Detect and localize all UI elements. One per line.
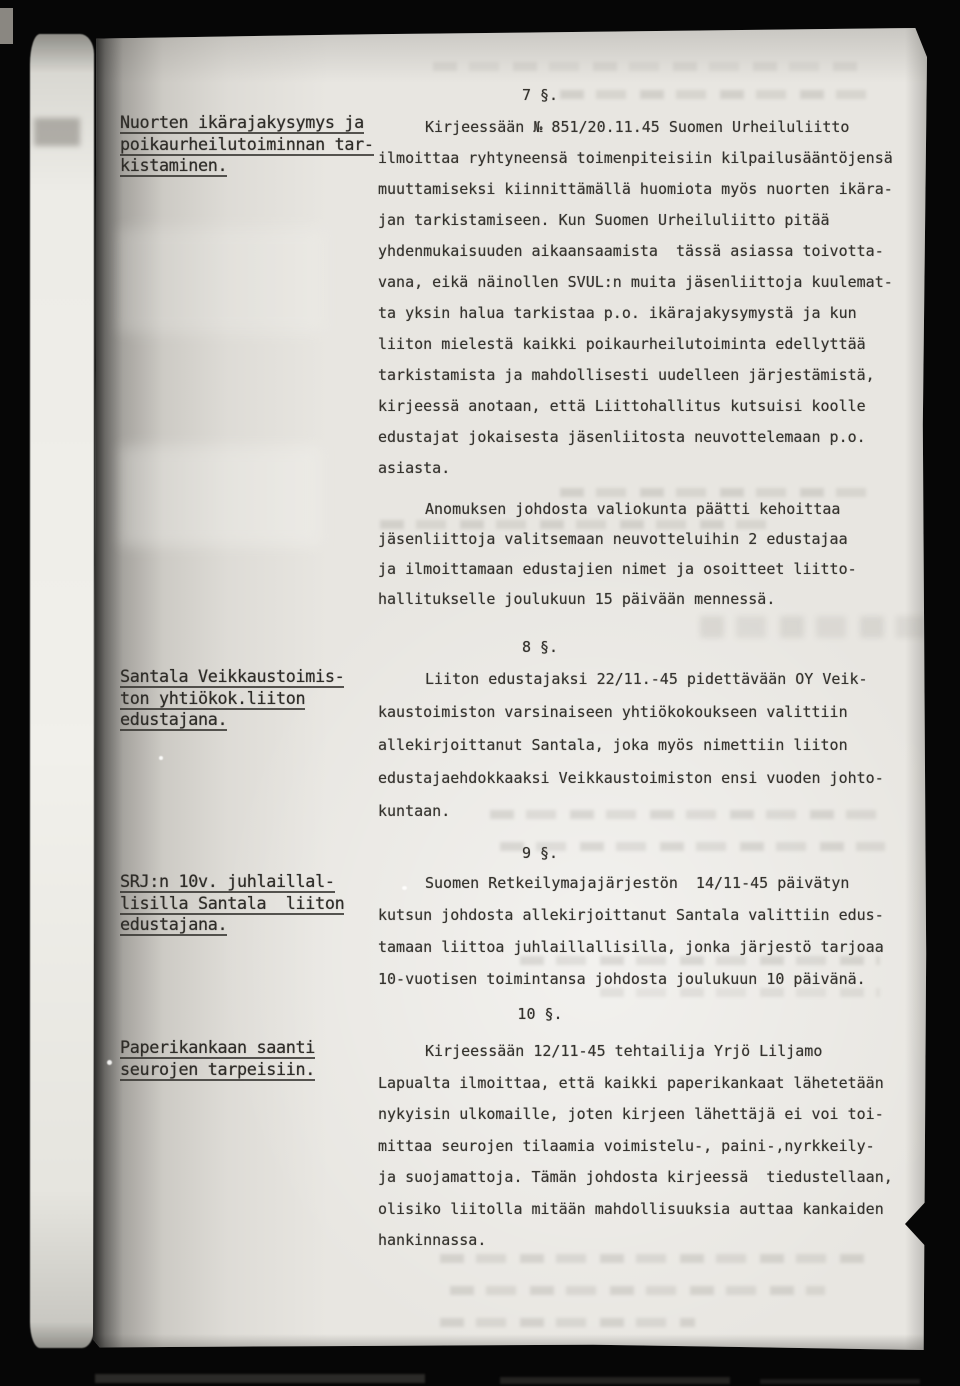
body-line: ta yksin halua tarkistaa p.o. ikärajakys… bbox=[378, 298, 918, 329]
body-line: Suomen Retkeilymajajärjestön 14/11-45 pä… bbox=[378, 867, 918, 899]
margin-note-line: poikaurheilutoiminnan tar- bbox=[120, 134, 374, 156]
body-line: kirjeessä anotaan, että Liittohallitus k… bbox=[378, 391, 918, 422]
section-8-heading: 8 §. bbox=[475, 637, 605, 657]
margin-note-line: kistaminen. bbox=[120, 155, 227, 177]
margin-note-line: ton yhtiökok.liiton bbox=[120, 688, 305, 710]
margin-note-line: Paperikankaan saanti bbox=[120, 1037, 315, 1059]
scan-bottom-sliver bbox=[95, 1374, 425, 1383]
body-line: Kirjeessään 12/11-45 tehtailija Yrjö Lil… bbox=[378, 1036, 918, 1068]
scan-corner-chip bbox=[0, 8, 13, 44]
section-7-margin-note: Nuorten ikärajakysymys ja poikaurheiluto… bbox=[120, 112, 370, 177]
body-line: Lapualta ilmoittaa, että kaikki paperika… bbox=[378, 1068, 918, 1100]
body-line: ilmoittaa ryhtyneensä toimenpiteisiin ki… bbox=[378, 143, 918, 174]
margin-note-line: edustajana. bbox=[120, 709, 227, 731]
bleed-through-smudge bbox=[600, 988, 880, 997]
body-line: mittaa seurojen tilaamia voimistelu-, pa… bbox=[378, 1131, 918, 1163]
bleed-through-smudge bbox=[500, 842, 885, 851]
section-7-paragraph-2: Anomuksen johdosta valiokunta päätti keh… bbox=[378, 494, 918, 614]
body-line: edustajat jokaisesta jäsenliitosta neuvo… bbox=[378, 422, 918, 453]
body-line: ja ilmoittamaan edustajien nimet ja osoi… bbox=[378, 554, 918, 584]
body-line: kaustoimiston varsinaiseen yhtiökokoukse… bbox=[378, 696, 918, 729]
body-line: yhdenmukaisuuden aikaansaamista tässä as… bbox=[378, 236, 918, 267]
body-line: hankinnassa. bbox=[378, 1225, 918, 1257]
paper-speck bbox=[402, 886, 407, 890]
body-line: edustajaehdokkaaksi Veikkaustoimiston en… bbox=[378, 762, 918, 795]
body-line: kutsun johdosta allekirjoittanut Santala… bbox=[378, 899, 918, 931]
body-line: allekirjoittanut Santala, joka myös nime… bbox=[378, 729, 918, 762]
margin-note-line: Santala Veikkaustoimis- bbox=[120, 666, 344, 688]
bleed-through-smudge bbox=[440, 1318, 695, 1327]
body-line: asiasta. bbox=[378, 453, 918, 484]
section-9-margin-note: SRJ:n 10v. juhlaillal- lisilla Santala l… bbox=[120, 871, 370, 936]
margin-note-line: Nuorten ikärajakysymys ja bbox=[120, 112, 364, 134]
section-10-margin-note: Paperikankaan saanti seurojen tarpeisiin… bbox=[120, 1037, 370, 1080]
bleed-through-smudge bbox=[433, 62, 863, 71]
section-8-margin-note: Santala Veikkaustoimis- ton yhtiökok.lii… bbox=[120, 666, 370, 731]
section-7-paragraph-1: Kirjeessään № 851/20.11.45 Suomen Urheil… bbox=[378, 112, 918, 484]
bleed-through-smudge bbox=[380, 520, 770, 529]
paper-speck bbox=[159, 756, 163, 760]
section-9-paragraph-1: Suomen Retkeilymajajärjestön 14/11-45 pä… bbox=[378, 867, 918, 995]
page-edge-strip bbox=[30, 34, 94, 1348]
scan-bottom-sliver bbox=[760, 1379, 920, 1384]
body-line: hallitukselle joulukuun 15 päivään menne… bbox=[378, 584, 918, 614]
edge-strip-mark bbox=[34, 118, 80, 146]
bleed-through-patch bbox=[120, 446, 320, 546]
body-line: vana, eikä näinollen SVUL:n muita jäsenl… bbox=[378, 267, 918, 298]
body-line: jan tarkistamiseen. Kun Suomen Urheiluli… bbox=[378, 205, 918, 236]
body-line: liiton mielestä kaikki poikaurheilutoimi… bbox=[378, 329, 918, 360]
bleed-through-smudge bbox=[520, 956, 880, 965]
bleed-through-smudge bbox=[450, 1286, 825, 1295]
body-line: ja suojamattoja. Tämän johdosta kirjeess… bbox=[378, 1162, 918, 1194]
bleed-through-patch bbox=[118, 228, 323, 333]
body-line: Kirjeessään № 851/20.11.45 Suomen Urheil… bbox=[378, 112, 918, 143]
scanned-document: { "colors": { "paper": "#e8e6e1", "ink":… bbox=[0, 0, 960, 1386]
body-line: tarkistamista ja mahdollisesti uudelleen… bbox=[378, 360, 918, 391]
section-10-heading: 10 §. bbox=[475, 1004, 605, 1024]
bleed-through-smudge bbox=[560, 488, 880, 497]
document-page: 7 §. Nuorten ikärajakysymys ja poikaurhe… bbox=[93, 28, 927, 1350]
scan-bottom-sliver bbox=[500, 1377, 730, 1384]
body-line: muuttamiseksi kiinnittämällä huomiota my… bbox=[378, 174, 918, 205]
bleed-through-smudge bbox=[440, 1254, 875, 1263]
margin-note-line: seurojen tarpeisiin. bbox=[120, 1059, 315, 1081]
section-10-paragraph-1: Kirjeessään 12/11-45 tehtailija Yrjö Lil… bbox=[378, 1036, 918, 1257]
body-line: olisiko liitolla mitään mahdollisuuksia … bbox=[378, 1194, 918, 1226]
bleed-through-smudge bbox=[490, 810, 885, 819]
body-line: Liiton edustajaksi 22/11.-45 pidettävään… bbox=[378, 663, 918, 696]
margin-note-line: lisilla Santala liiton bbox=[120, 893, 344, 915]
bleed-through-smudge bbox=[700, 616, 960, 638]
body-line: nykyisin ulkomaille, joten kirjeen lähet… bbox=[378, 1099, 918, 1131]
margin-note-line: edustajana. bbox=[120, 914, 227, 936]
margin-note-line: SRJ:n 10v. juhlaillal- bbox=[120, 871, 335, 893]
bleed-through-smudge bbox=[560, 90, 880, 99]
paper-speck bbox=[107, 1060, 112, 1065]
section-8-paragraph-1: Liiton edustajaksi 22/11.-45 pidettävään… bbox=[378, 663, 918, 828]
